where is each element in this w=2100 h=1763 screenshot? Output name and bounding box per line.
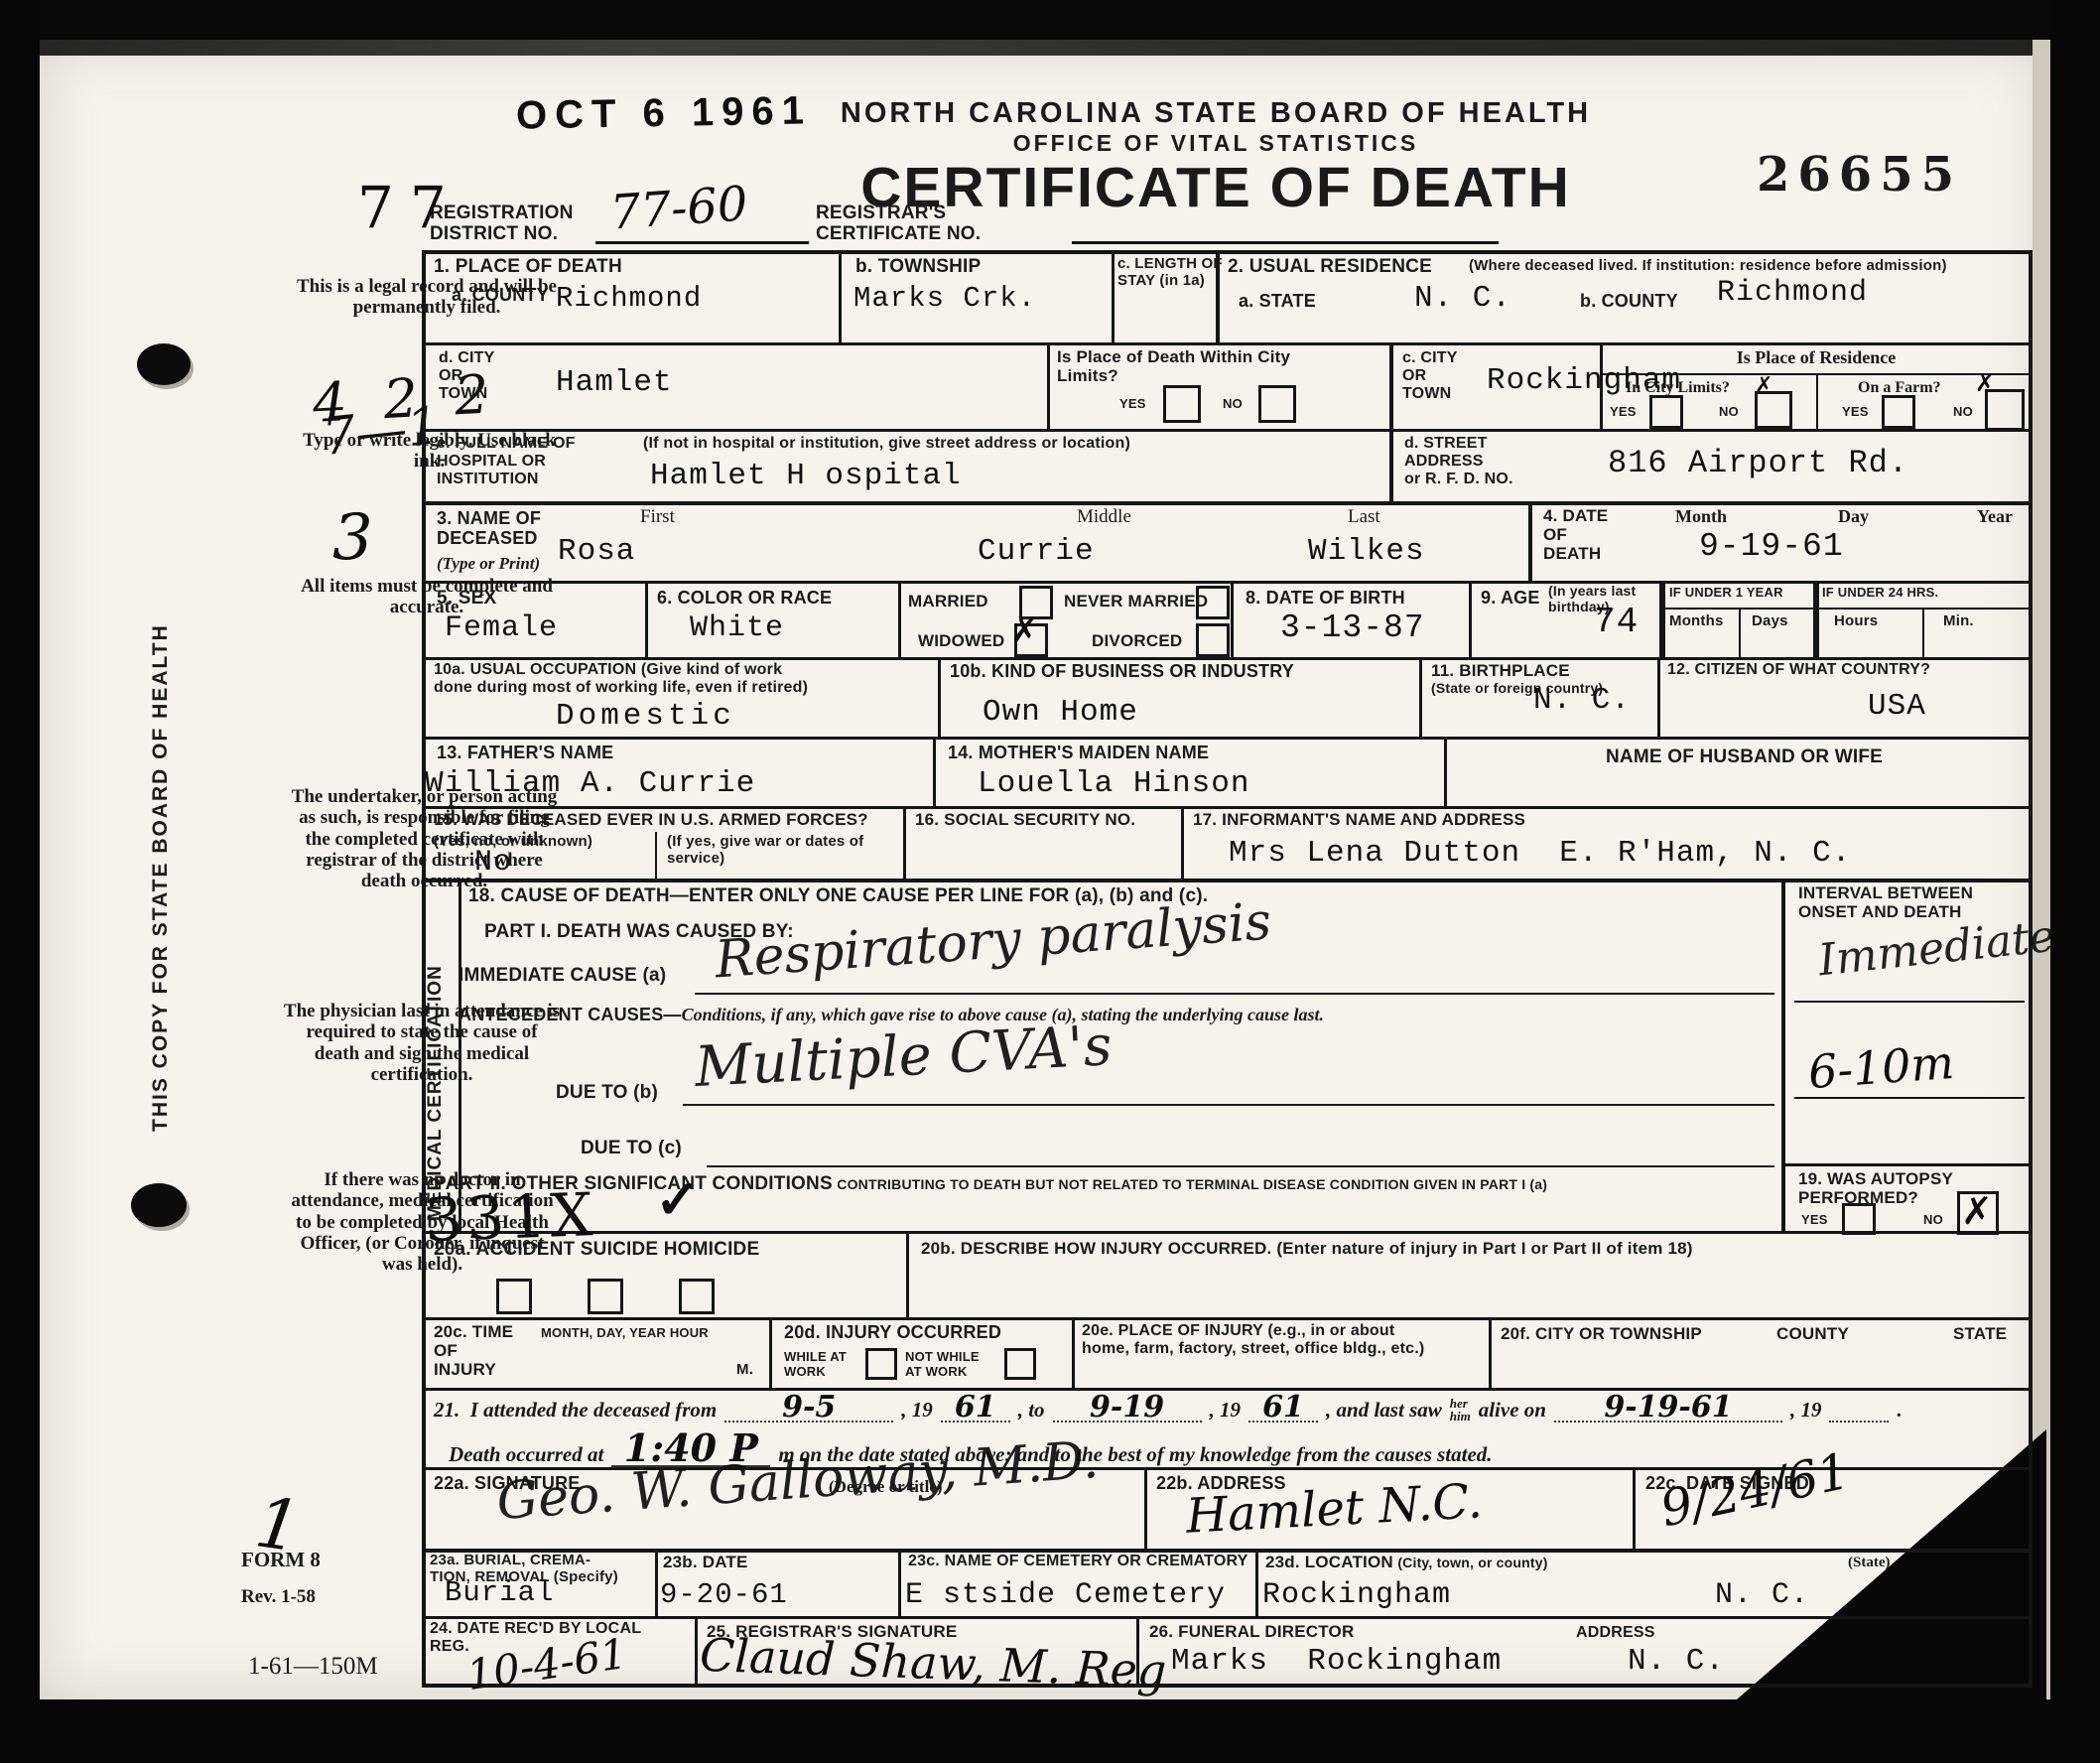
field-26-label: 26. FUNERAL DIRECTOR: [1149, 1622, 1354, 1641]
field-2-note: (Where deceased lived. If institution: r…: [1469, 258, 2025, 275]
field-23a-value: Burial: [445, 1576, 554, 1609]
death-limits-yes-label: YES: [1119, 397, 1146, 412]
field-1e-value: Hamlet H ospital: [650, 459, 962, 493]
antecedent-label-bold: ANTECEDENT CAUSES—: [459, 1005, 682, 1024]
attended-pre: 21. I attended the deceased from: [434, 1398, 717, 1423]
middle-name-header: Middle: [1077, 506, 1131, 527]
not-while-at-work-label: NOT WHILE AT WORK: [905, 1350, 980, 1379]
antecedent-label: ANTECEDENT CAUSES—Conditions, if any, wh…: [459, 1005, 1324, 1025]
field-2a-value: N. C.: [1414, 281, 1511, 316]
field-6-value: White: [690, 611, 784, 645]
field-11-value: N. C.: [1533, 683, 1631, 718]
field-20b-label: 20b. DESCRIBE HOW INJURY OCCURRED. (Ente…: [921, 1239, 2013, 1258]
margin-handwritten-77: 77: [357, 174, 462, 241]
in-city-yes-label: YES: [1610, 405, 1637, 420]
under-1-year-header: IF UNDER 1 YEAR: [1669, 586, 1783, 601]
attended-year2-value: 61: [1248, 1394, 1318, 1423]
district-underline: [595, 241, 809, 244]
field-1c-label: c. LENGTH OF STAY (in 1a): [1117, 256, 1223, 290]
serial-number: 26655: [1757, 149, 1962, 203]
day-header: Day: [1838, 506, 1869, 526]
accident-checkbox: [496, 1279, 532, 1314]
year-header: Year: [1977, 506, 2013, 526]
registration-district-value: 77-60: [608, 176, 749, 241]
autopsy-no-x-mark: ✗: [1961, 1189, 1993, 1233]
field-9-label: 9. AGE: [1481, 588, 1540, 608]
months-header: Months: [1669, 613, 1724, 630]
field-2c-label: c. CITY OR TOWN: [1402, 349, 1458, 403]
office-subtitle: OFFICE OF VITAL STATISTICS: [695, 131, 1737, 157]
right-black-band: [2050, 0, 2100, 1763]
degree-or-title-label: (Degree or title): [829, 1477, 943, 1496]
field-26-address-label: ADDRESS: [1576, 1624, 1655, 1642]
death-limits-no-checkbox: [1258, 385, 1296, 423]
field-14-value: Louella Hinson: [978, 766, 1249, 801]
alive-label: alive on: [1479, 1398, 1546, 1423]
attended-to-value: 9-19: [1053, 1394, 1202, 1423]
field-23c-label: 23c. NAME OF CEMETERY OR CREMATORY: [908, 1553, 1248, 1570]
divorced-checkbox: [1196, 623, 1230, 657]
married-label: MARRIED: [908, 592, 988, 610]
lastsaw-label: , and last saw: [1326, 1398, 1442, 1423]
field-17-label: 17. INFORMANT'S NAME AND ADDRESS: [1193, 810, 1525, 829]
field-23d-value: Rockingham: [1262, 1578, 1451, 1612]
first-name-header: First: [640, 506, 675, 527]
attended-from-value: 9-5: [724, 1394, 893, 1423]
death-city-limits-label: Is Place of Death Within City Limits?: [1057, 347, 1290, 385]
him-label: him: [1450, 1409, 1471, 1424]
autopsy-no-label: NO: [1923, 1213, 1943, 1228]
field-3-note: (Type or Print): [437, 554, 540, 573]
field-1a-label: a. COUNTY: [452, 285, 549, 305]
field-2a-label: a. STATE: [1239, 291, 1316, 311]
field-20c-m: M.: [736, 1362, 753, 1379]
field-17-value: Mrs Lena Dutton E. R'Ham, N. C.: [1229, 836, 1851, 871]
part2-label-line: PART II. OTHER SIGNIFICANT CONDITIONS CO…: [434, 1173, 1764, 1194]
print-code: 1-61—150M: [248, 1653, 378, 1681]
field-2-label: 2. USUAL RESIDENCE: [1228, 256, 1432, 277]
month-header: Month: [1675, 506, 1727, 526]
alive-value: 9-19-61: [1554, 1394, 1782, 1423]
not-while-at-work-checkbox: [1004, 1348, 1036, 1380]
while-at-work-checkbox: [865, 1348, 897, 1380]
board-title: NORTH CAROLINA STATE BOARD OF HEALTH: [695, 97, 1737, 129]
bottom-black-band: [0, 1699, 2100, 1763]
attended-year3-blank: [1829, 1421, 1889, 1423]
field-10a-value: Domestic: [556, 699, 735, 734]
field-5-value: Female: [445, 611, 558, 645]
death-limits-yes-checkbox: [1163, 385, 1201, 423]
under-24-hrs-header: IF UNDER 24 HRS.: [1822, 586, 1938, 601]
field-16-label: 16. SOCIAL SECURITY NO.: [915, 810, 1135, 829]
field-20a-label: 20a. ACCIDENT SUICIDE HOMICIDE: [434, 1239, 759, 1260]
last-name-value: Wilkes: [1308, 534, 1425, 569]
attended-end: .: [1897, 1398, 1902, 1423]
field-1b-label: b. TOWNSHIP: [855, 256, 981, 277]
field-8-value: 3-13-87: [1280, 610, 1425, 646]
field-1d-value: Hamlet: [556, 365, 673, 400]
field-20c-label: 20c. TIME OF INJURY: [434, 1322, 513, 1379]
field-6-label: 6. COLOR OR RACE: [657, 588, 832, 608]
field-4-label: 4. DATE OF DEATH: [1543, 506, 1608, 563]
residence-header: Is Place of Residence: [1600, 347, 2033, 367]
min-header: Min.: [1943, 613, 1974, 630]
autopsy-yes-checkbox: [1842, 1203, 1876, 1235]
on-farm-no-checkbox: [1985, 389, 2025, 431]
certificate-underline: [1072, 241, 1499, 244]
field-13-value: William A. Currie: [425, 766, 755, 801]
field-20c-sublabel: MONTH, DAY, YEAR HOUR: [541, 1326, 709, 1341]
field-10b-label: 10b. KIND OF BUSINESS OR INDUSTRY: [950, 661, 1294, 681]
field-19-label: 19. WAS AUTOPSY PERFORMED?: [1798, 1169, 1953, 1207]
while-at-work-label: WHILE AT WORK: [784, 1350, 847, 1379]
field-23b-value: 9-20-61: [660, 1578, 788, 1611]
hours-header: Hours: [1834, 613, 1878, 630]
attended-mid2: , 19: [1210, 1398, 1242, 1423]
on-farm-no-label: NO: [1953, 405, 1973, 420]
scan-streak: [40, 40, 2046, 56]
field-15-sub2: (If yes, give war or dates of service): [667, 834, 900, 868]
field-1-label: 1. PLACE OF DEATH: [434, 256, 622, 277]
field-12-value: USA: [1868, 689, 1926, 724]
attended-line: 21. I attended the deceased from 9-5 , 1…: [434, 1394, 1903, 1423]
registrar-certificate-label: REGISTRAR'S CERTIFICATE NO.: [816, 203, 981, 245]
interval-b-value: 6-10m: [1806, 1035, 1955, 1099]
field-15-label: 15. WAS DECEASED EVER IN U.S. ARMED FORC…: [434, 810, 868, 829]
copy-vertical-label: THIS COPY FOR STATE BOARD OF HEALTH: [149, 610, 173, 1132]
never-married-label: NEVER MARRIED: [1064, 592, 1208, 610]
immediate-cause-label: IMMEDIATE CAUSE (a): [459, 965, 666, 986]
field-20f-state: STATE: [1953, 1324, 2007, 1343]
hole-punch-bottom: [131, 1183, 187, 1227]
form-number: FORM 8: [241, 1549, 321, 1572]
in-city-no-label: NO: [1719, 405, 1739, 420]
attended-mid1: , 19: [901, 1398, 933, 1423]
field-2d-value: 816 Airport Rd.: [1608, 445, 1908, 481]
field-2d-label: d. STREET ADDRESS or R. F. D. NO.: [1404, 435, 1513, 488]
field-26-value: Marks Rockingham: [1171, 1644, 1502, 1679]
on-farm-yes-checkbox: [1882, 395, 1915, 429]
field-23c-value: E stside Cemetery: [905, 1578, 1226, 1612]
part2-check-mark: ✓: [655, 1167, 700, 1231]
widowed-x-mark: ✗: [1010, 611, 1039, 651]
field-26-address-value: N. C.: [1628, 1644, 1725, 1679]
on-farm-yes-label: YES: [1842, 405, 1869, 420]
field-2b-label: b. COUNTY: [1580, 291, 1678, 311]
death-limits-no-label: NO: [1223, 397, 1243, 412]
last-name-header: Last: [1348, 506, 1380, 527]
field-8-label: 8. DATE OF BIRTH: [1246, 588, 1405, 608]
widowed-label: WIDOWED: [918, 631, 1004, 650]
field-13-label: 13. FATHER'S NAME: [437, 743, 613, 762]
death-certificate-scan: OCT 6 1961 NORTH CAROLINA STATE BOARD OF…: [0, 0, 2100, 1763]
field-2b-value: Richmond: [1717, 276, 1868, 310]
due-to-c-label: DUE TO (c): [581, 1138, 682, 1158]
attended-mid3: , 19: [1790, 1398, 1822, 1423]
field-23d-state-label: (State): [1848, 1555, 1890, 1571]
field-20d-label: 20d. INJURY OCCURRED: [784, 1322, 1001, 1342]
field-1d-label: d. CITY OR TOWN: [439, 349, 495, 403]
field-20e-label: 20e. PLACE OF INJURY (e.g., in or about …: [1082, 1322, 1424, 1358]
attended-year1-value: 61: [941, 1394, 1010, 1423]
field-23d-labels: 23d. LOCATION (City, town, or county): [1265, 1553, 1548, 1572]
interval-header: INTERVAL BETWEEN ONSET AND DEATH: [1798, 883, 1973, 921]
field-1a-value: Richmond: [556, 282, 702, 315]
field-20f-label: 20f. CITY OR TOWNSHIP: [1501, 1324, 1702, 1343]
field-23b-label: 23b. DATE: [663, 1553, 748, 1571]
field-10a-label: 10a. USUAL OCCUPATION (Give kind of work…: [434, 661, 808, 697]
field-3-label: 3. NAME OF DECEASED: [437, 508, 541, 548]
divorced-label: DIVORCED: [1092, 631, 1182, 650]
field-12-label: 12. CITIZEN OF WHAT COUNTRY?: [1667, 661, 2025, 679]
homicide-checkbox: [679, 1279, 715, 1314]
field-10b-value: Own Home: [983, 695, 1138, 730]
field-4-value: 9-19-61: [1699, 528, 1844, 565]
field-14-label: 14. MOTHER'S MAIDEN NAME: [948, 743, 1209, 762]
field-1b-value: Marks Crk.: [853, 282, 1036, 315]
autopsy-yes-label: YES: [1801, 1213, 1828, 1228]
field-15-sub1: (Yes, no, or unknown): [434, 834, 592, 851]
field-11-label: 11. BIRTHPLACE: [1431, 661, 1570, 680]
field-15-value: No: [474, 846, 512, 880]
due-to-b-label: DUE TO (b): [556, 1082, 658, 1103]
field-20f-county: COUNTY: [1776, 1324, 1849, 1343]
death-occurred-pre: Death occurred at: [449, 1442, 603, 1467]
spouse-label: NAME OF HUSBAND OR WIFE: [1606, 746, 1883, 767]
field-23d-label: 23d. LOCATION: [1265, 1553, 1393, 1571]
field-1e-label: e. FULL NAME OF HOSPITAL OR INSTITUTION: [437, 435, 576, 488]
in-city-no-checkbox: [1755, 391, 1792, 429]
hole-punch-top: [137, 343, 191, 385]
field-5-label: 5. SEX: [437, 588, 496, 609]
margin-handwritten-3: 3: [332, 501, 373, 575]
field-23d-state-value: N. C.: [1715, 1578, 1809, 1612]
field-23d-note: (City, town, or county): [1397, 1555, 1547, 1570]
her-him-label: herhim: [1450, 1397, 1471, 1423]
never-married-checkbox: [1196, 586, 1230, 619]
form-revision: Rev. 1-58: [241, 1586, 316, 1607]
field-1e-note: (If not in hospital or institution, give…: [643, 435, 1378, 453]
days-header: Days: [1752, 613, 1788, 630]
suicide-checkbox: [588, 1279, 623, 1314]
middle-name-value: Currie: [978, 534, 1095, 569]
attended-to-label: , to: [1018, 1398, 1045, 1423]
part2-note: CONTRIBUTING TO DEATH BUT NOT RELATED TO…: [837, 1176, 1547, 1192]
field-9-value: 74: [1594, 602, 1639, 642]
in-city-yes-checkbox: [1649, 395, 1683, 429]
first-name-value: Rosa: [558, 534, 635, 569]
left-black-band: [0, 0, 40, 1763]
